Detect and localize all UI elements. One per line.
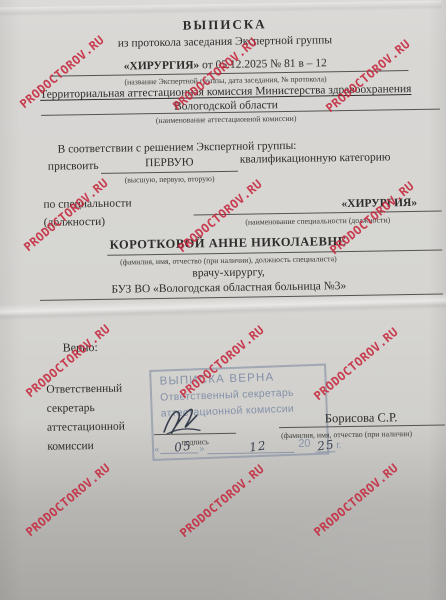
paper-crease-top	[0, 1, 441, 17]
doc-title: ВЫПИСКА	[0, 15, 442, 35]
caption-signature: подпись	[154, 437, 236, 447]
date-year-line	[315, 451, 335, 452]
assign-label: присвоить	[48, 160, 99, 174]
caption-category: (высшую, первую, вторую)	[101, 174, 238, 185]
category-value: ПЕРВУЮ	[101, 156, 238, 171]
expert-group-name: «ХИРУРГИЯ»	[124, 59, 200, 72]
scanned-document-photo: ВЫПИСКА из протокола заседания Экспертно…	[0, 0, 446, 600]
secretary-title-block: Ответственный секретарь аттестационной к…	[46, 380, 125, 457]
date-year-prefix: 20	[298, 438, 310, 450]
signer-name: Борисова С.Р.	[325, 411, 398, 425]
caption-specialty: (наименование специальности (должности)	[194, 215, 442, 228]
date-close-quote: »	[199, 443, 204, 453]
doc-subtitle: из протокола заседания Экспертной группы	[0, 33, 442, 53]
date-g-label: г.	[336, 440, 341, 451]
date-open-quote: «	[154, 444, 159, 454]
category-suffix: квалификационную категорию	[240, 151, 391, 166]
signature	[160, 406, 212, 437]
